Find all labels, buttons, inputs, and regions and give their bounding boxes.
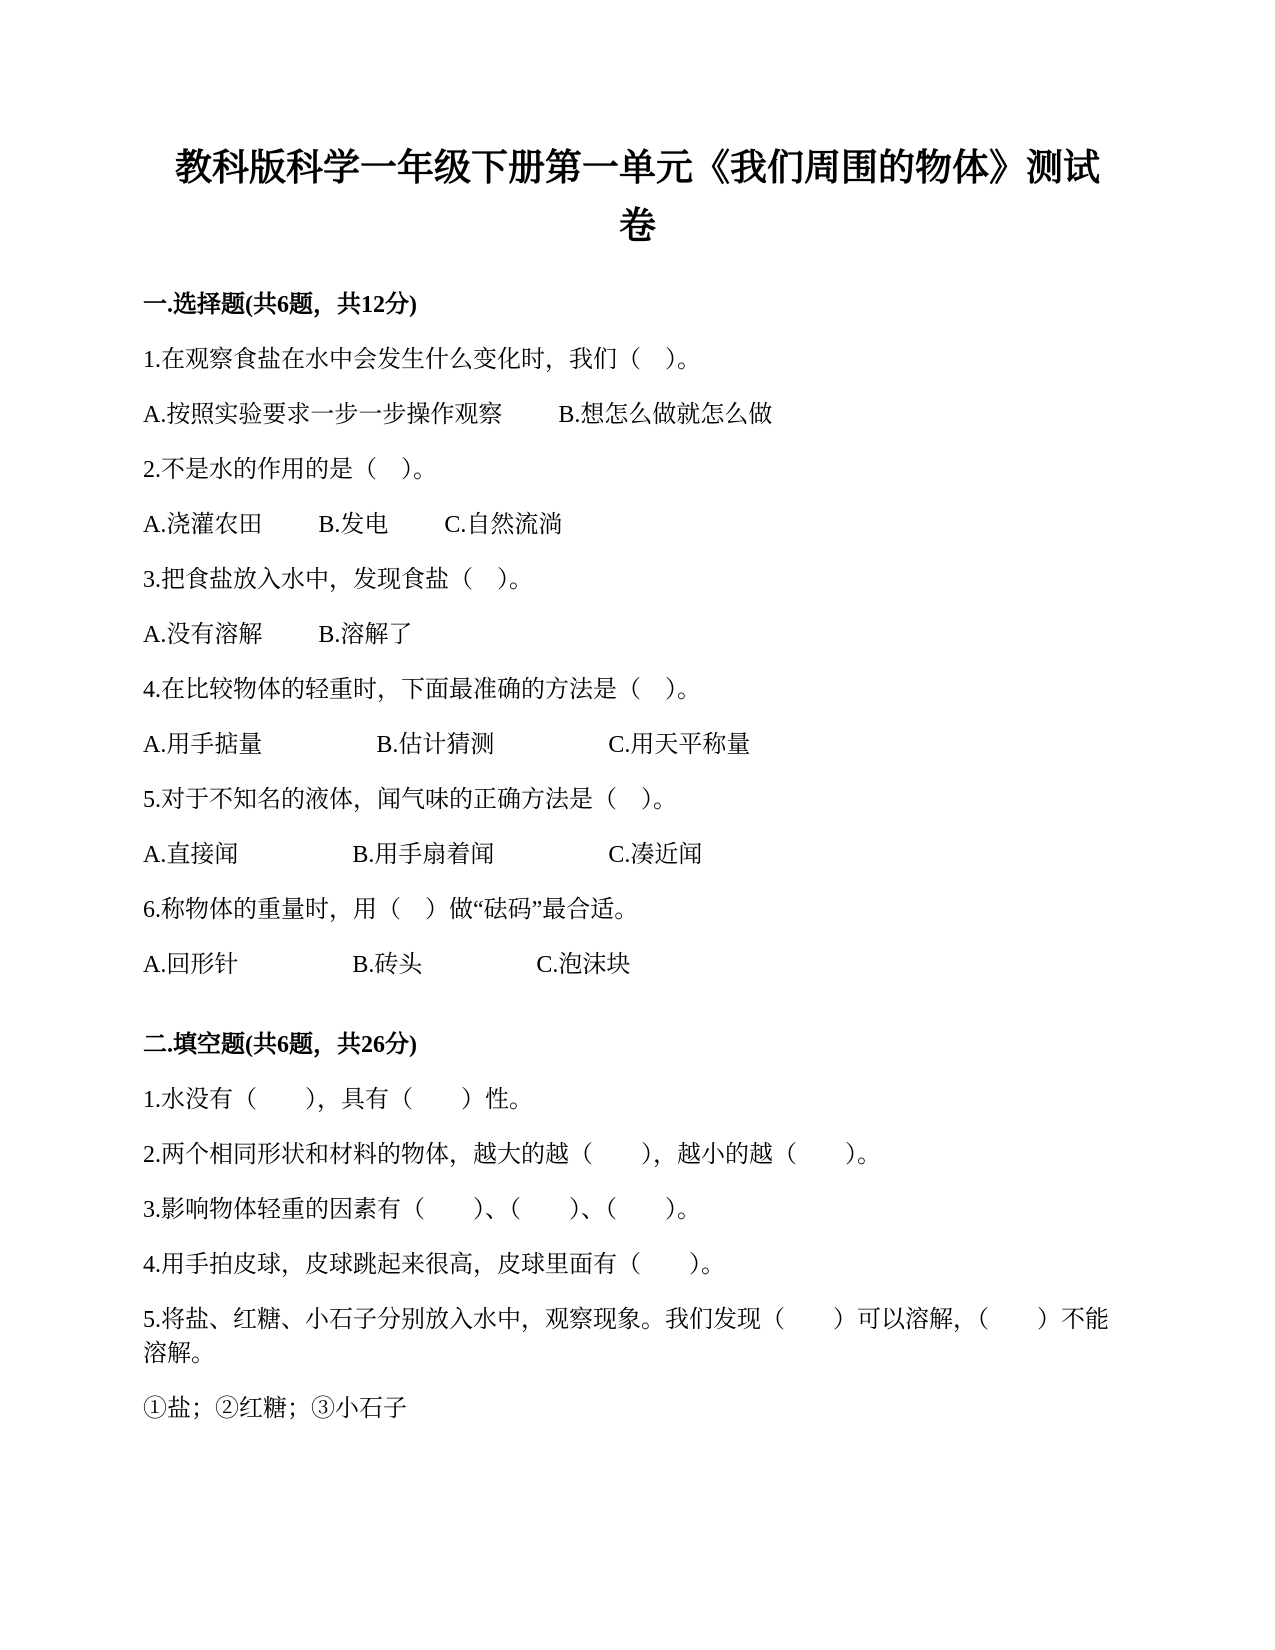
section-multiple-choice: 一.选择题(共6题，共12分) 1.在观察食盐在水中会发生什么变化时，我们（ ）… xyxy=(143,288,1111,982)
options-row: A.回形针 B.砖头 C.泡沫块 xyxy=(143,948,1111,982)
option-label: B.溶解了 xyxy=(318,618,412,652)
option-label: A.没有溶解 xyxy=(143,618,262,652)
option-label: A.用手掂量 xyxy=(143,728,262,762)
option-label: C.自然流淌 xyxy=(444,508,562,542)
question-text: 4.在比较物体的轻重时，下面最准确的方法是（ ）。 xyxy=(143,673,1111,707)
question-text: 2.不是水的作用的是（ ）。 xyxy=(143,453,1111,487)
option-label: C.凑近闻 xyxy=(608,838,702,872)
options-row: A.直接闻 B.用手扇着闻 C.凑近闻 xyxy=(143,838,1111,872)
options-row: A.浇灌农田 B.发电 C.自然流淌 xyxy=(143,508,1111,542)
option-label: B.估计猜测 xyxy=(376,728,494,762)
option-label: B.想怎么做就怎么做 xyxy=(558,398,772,432)
option-label: C.用天平称量 xyxy=(608,728,750,762)
question-text: 3.影响物体轻重的因素有（ ）、（ ）、（ ）。 xyxy=(143,1193,1111,1227)
section-fill-in-blank: 二.填空题(共6题，共26分) 1.水没有（ ），具有（ ）性。 2.两个相同形… xyxy=(143,1028,1111,1426)
question-text: 5.对于不知名的液体，闻气味的正确方法是（ ）。 xyxy=(143,783,1111,817)
section-heading: 二.填空题(共6题，共26分) xyxy=(143,1028,1111,1062)
question-text: 3.把食盐放入水中，发现食盐（ ）。 xyxy=(143,563,1111,597)
option-label: A.回形针 xyxy=(143,948,238,982)
answer-choices-note: ①盐；②红糖；③小石子 xyxy=(143,1392,1111,1426)
option-label: B.砖头 xyxy=(352,948,422,982)
question-text: 6.称物体的重量时，用（ ）做“砝码”最合适。 xyxy=(143,893,1111,927)
document-title: 教科版科学一年级下册第一单元《我们周围的物体》测试卷 xyxy=(168,140,1108,256)
option-label: A.按照实验要求一步一步操作观察 xyxy=(143,398,502,432)
options-row: A.按照实验要求一步一步操作观察 B.想怎么做就怎么做 xyxy=(143,398,1111,432)
option-label: B.用手扇着闻 xyxy=(352,838,494,872)
question-text: 4.用手拍皮球，皮球跳起来很高，皮球里面有（ ）。 xyxy=(143,1248,1111,1282)
option-label: B.发电 xyxy=(318,508,388,542)
document-page: 教科版科学一年级下册第一单元《我们周围的物体》测试卷 一.选择题(共6题，共12… xyxy=(0,0,1275,1650)
option-label: A.浇灌农田 xyxy=(143,508,262,542)
option-label: A.直接闻 xyxy=(143,838,238,872)
question-text: 5.将盐、红糖、小石子分别放入水中，观察现象。我们发现（ ）可以溶解，（ ）不能… xyxy=(143,1303,1111,1371)
question-text: 1.水没有（ ），具有（ ）性。 xyxy=(143,1083,1111,1117)
question-text: 1.在观察食盐在水中会发生什么变化时，我们（ ）。 xyxy=(143,343,1111,377)
option-label: C.泡沫块 xyxy=(536,948,630,982)
options-row: A.没有溶解 B.溶解了 xyxy=(143,618,1111,652)
question-text: 2.两个相同形状和材料的物体，越大的越（ ），越小的越（ ）。 xyxy=(143,1138,1111,1172)
options-row: A.用手掂量 B.估计猜测 C.用天平称量 xyxy=(143,728,1111,762)
section-heading: 一.选择题(共6题，共12分) xyxy=(143,288,1111,322)
document-body: 一.选择题(共6题，共12分) 1.在观察食盐在水中会发生什么变化时，我们（ ）… xyxy=(143,288,1111,1426)
